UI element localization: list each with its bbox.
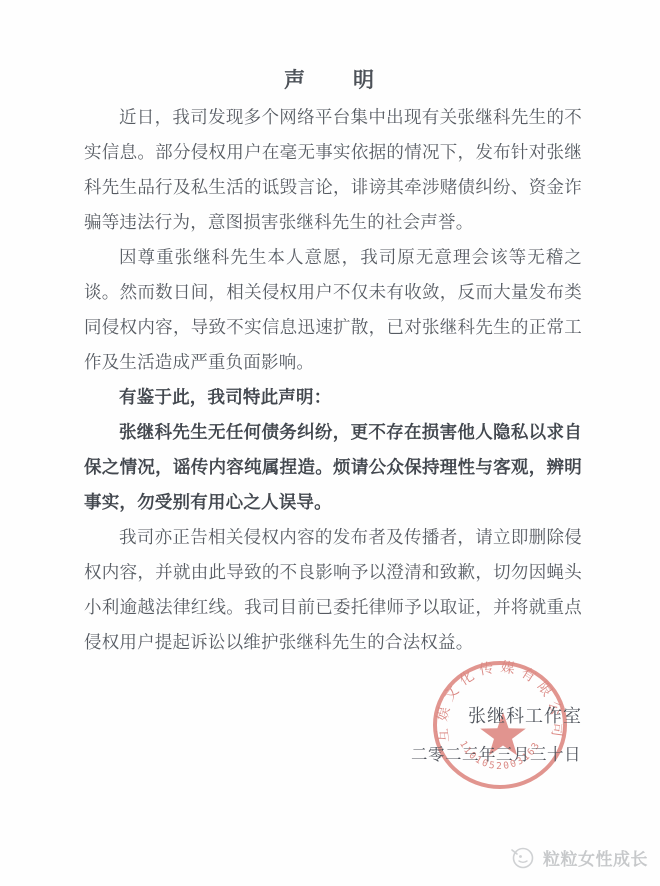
document-title: 声 明 [0, 64, 660, 94]
watermark-text: 粒粒女性成长 [543, 845, 648, 870]
studio-signature: 张继科工作室 [468, 702, 582, 728]
statement-paragraph: 因尊重张继科先生本人意愿，我司原无意理会该等无稽之谈。然而数日间，相关侵权用户不… [84, 240, 582, 380]
statement-paragraph: 张继科先生无任何债务纠纷，更不存在损害他人隐私以求自保之情况，谣传内容纯属捏造。… [84, 415, 582, 520]
statement-paragraph: 近日，我司发现多个网络平台集中出现有关张继科先生的不实信息。部分侵权用户在毫无事… [84, 100, 582, 240]
signature-date: 二零二三年三月三十日 [411, 741, 581, 765]
statement-body: 近日，我司发现多个网络平台集中出现有关张继科先生的不实信息。部分侵权用户在毫无事… [84, 100, 582, 660]
statement-paragraph: 有鉴于此，我司特此声明： [84, 380, 582, 415]
source-watermark: 粒粒女性成长 [509, 844, 648, 870]
watermark-logo-icon [509, 844, 535, 870]
statement-document: 声 明 近日，我司发现多个网络平台集中出现有关张继科先生的不实信息。部分侵权用户… [0, 0, 660, 886]
statement-paragraph: 我司亦正告相关侵权内容的发布者及传播者，请立即删除侵权内容，并就由此导致的不良影… [84, 520, 582, 660]
